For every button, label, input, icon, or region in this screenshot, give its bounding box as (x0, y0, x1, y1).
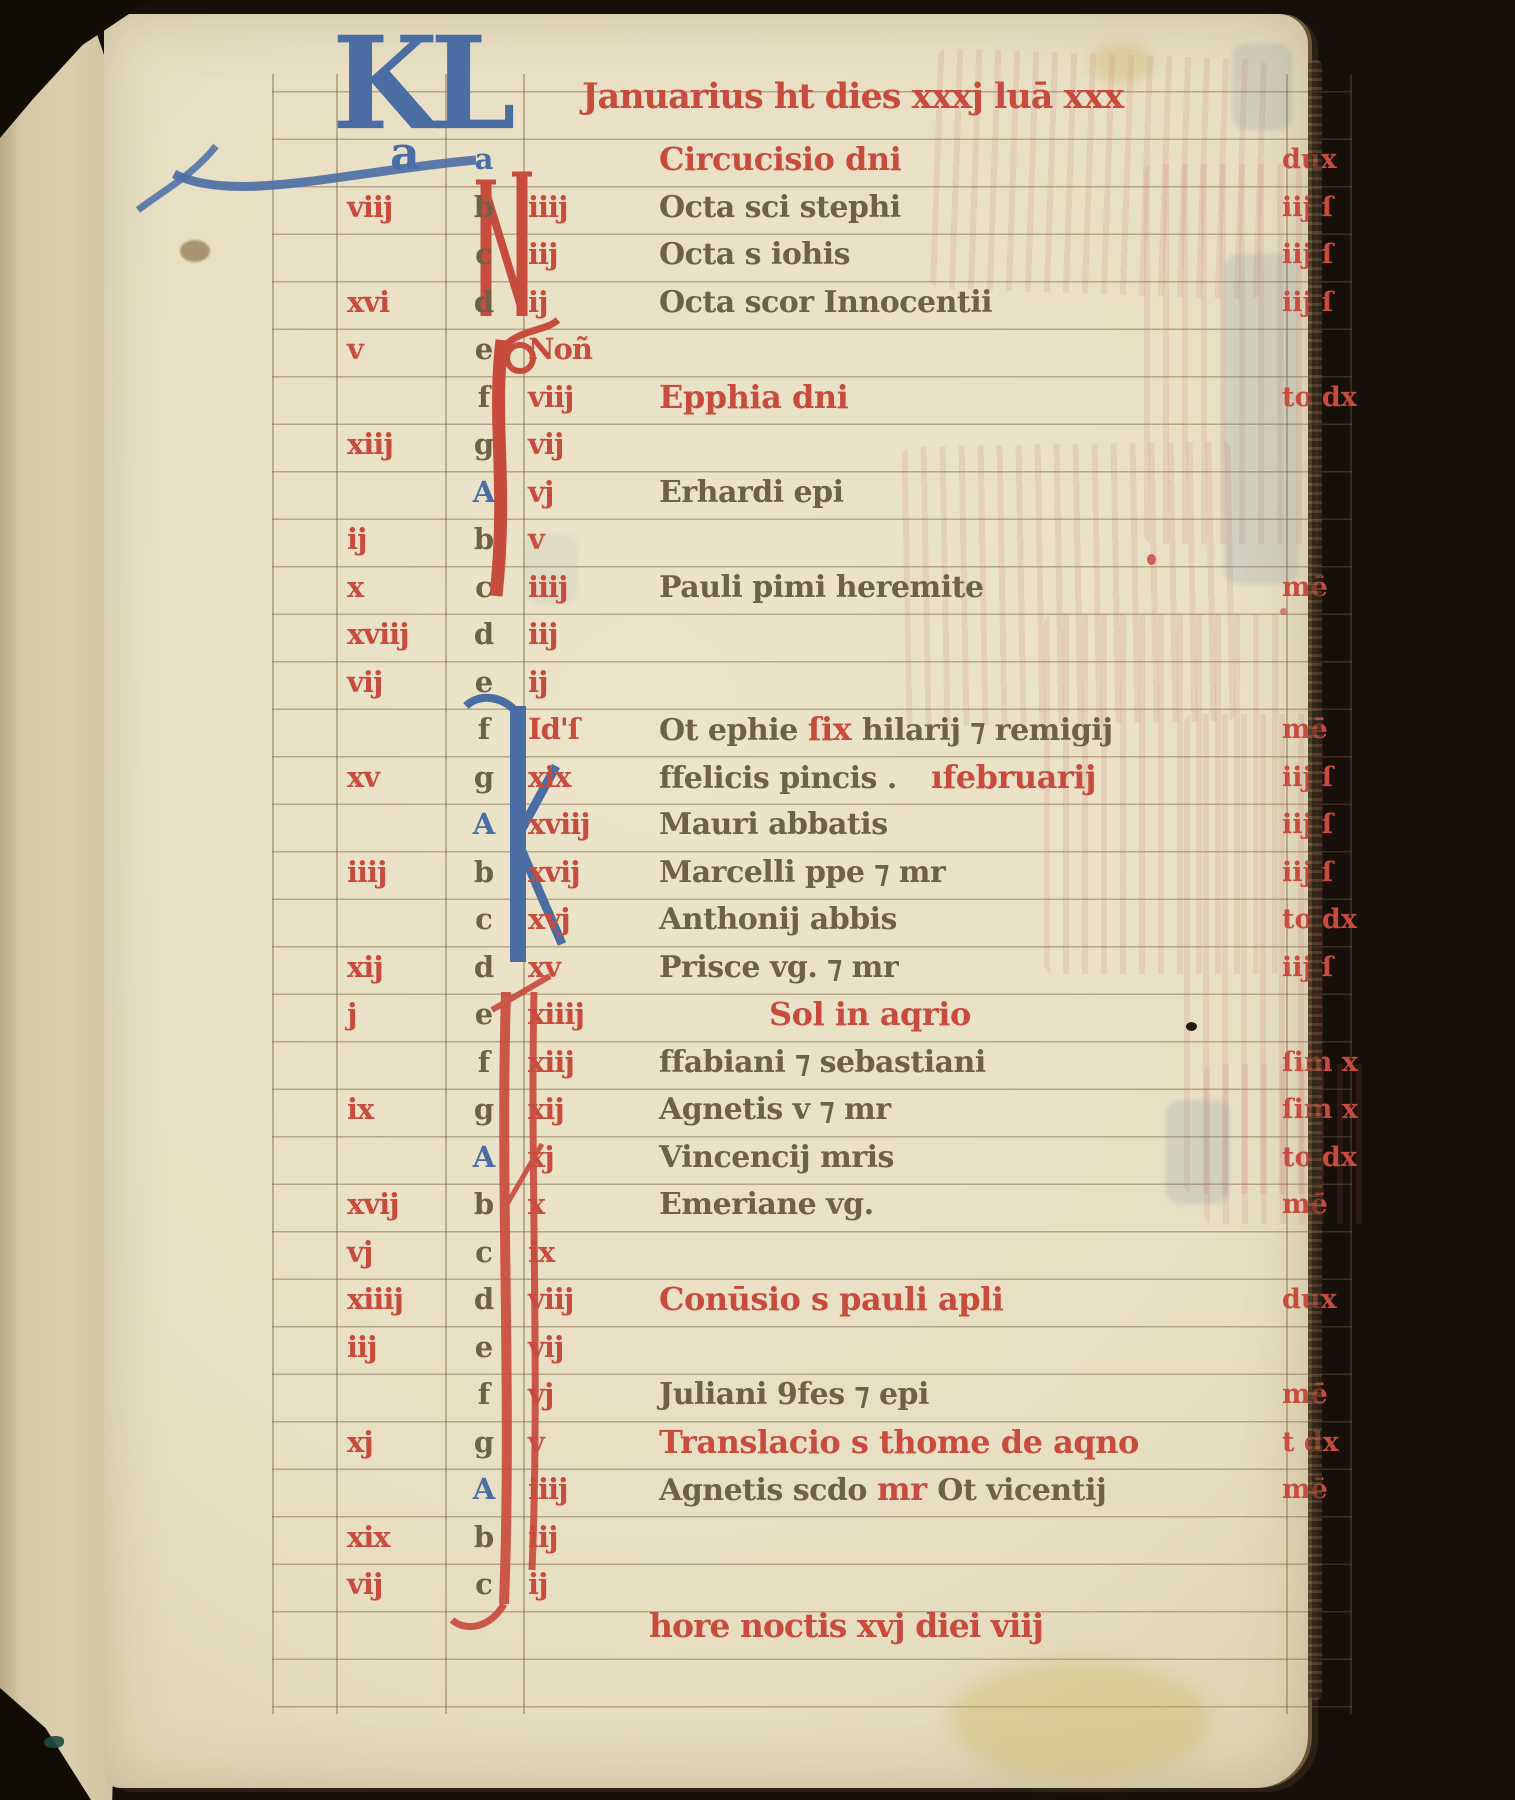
calendar-row: c xvj Anthonij abbis to dx (104, 896, 1404, 943)
roman-day-count: xiij (528, 1039, 624, 1086)
dominical-letter: A (456, 469, 512, 516)
feast-entry: Ot ephie ſix hilarij ⁊ remigij (659, 706, 1349, 754)
roman-day-count: Id'ſ (528, 706, 624, 753)
calendar-row: xiij g vij (104, 421, 1404, 468)
roman-day-count: x (528, 1181, 624, 1228)
roman-day-count: viij (528, 1276, 624, 1323)
feast-text: ıfebruarij (931, 758, 1096, 796)
grade-mark: iij ſ (1282, 801, 1422, 848)
feast-text: Octa s iohis (659, 237, 850, 272)
dominical-letter: e (456, 326, 512, 373)
feast-text: Anthonij abbis (659, 902, 897, 937)
grade-mark: ſim x (1282, 1039, 1422, 1086)
dominical-letter: b (456, 184, 512, 231)
dominical-letter: b (456, 1181, 512, 1228)
feast-text: Circucisio dni (659, 140, 901, 178)
dominical-letter: c (456, 896, 512, 943)
calendar-row: iiij b xvij Marcelli ppe ⁊ mr iij ſ (104, 849, 1404, 896)
feast-entry: Juliani 9fes ⁊ epi (659, 1371, 1349, 1418)
roman-day-count: vij (528, 421, 624, 468)
feast-entry: Anthonij abbis (659, 896, 1349, 943)
grade-mark: iij ſ (1282, 279, 1422, 326)
calendar-row: xij d xv Prisce vg. ⁊ mr iij ſ (104, 944, 1404, 991)
golden-number: xix (347, 1514, 443, 1561)
feast-text: hilarij ⁊ remigij (862, 713, 1113, 748)
dominical-letter: d (456, 944, 512, 991)
golden-number: xiiij (347, 1276, 443, 1323)
feast-text: ffelicis pincis . (659, 761, 897, 796)
grade-mark: t dx (1282, 1419, 1422, 1466)
hours-note: hore noctis xvj diei viij (649, 1606, 1043, 1645)
golden-number: xviij (347, 611, 443, 658)
grade-mark: mē (1282, 564, 1422, 611)
golden-number: xvij (347, 1181, 443, 1228)
roman-day-count: viij (528, 374, 624, 421)
binding-speck (44, 1736, 64, 1748)
dominical-letter: f (456, 1371, 512, 1418)
manuscript-page: KL a Januarius ht dies xxxj luā xxx (104, 14, 1308, 1788)
golden-number: xij (347, 944, 443, 991)
dominical-letter: f (456, 1039, 512, 1086)
grade-mark: ſim x (1282, 1086, 1422, 1133)
roman-day-count: iiij (528, 1466, 624, 1513)
feast-entry: Agnetis v ⁊ mr (659, 1086, 1349, 1133)
roman-day-count: iij (528, 231, 624, 278)
roman-day-count: ij (528, 279, 624, 326)
roman-day-count: xviij (528, 801, 624, 848)
roman-day-count: iij (528, 1514, 624, 1561)
calendar-row: xviij d iij (104, 611, 1404, 658)
golden-number: viij (347, 184, 443, 231)
golden-number: iiij (347, 849, 443, 896)
feast-entry: ffabiani ⁊ sebastiani (659, 1039, 1349, 1086)
dominical-letter: b (456, 516, 512, 563)
golden-number: ix (347, 1086, 443, 1133)
grade-mark: mē (1282, 1466, 1422, 1513)
roman-day-count: ij (528, 1561, 624, 1608)
golden-number: xvi (347, 279, 443, 326)
feast-entry: Erhardi epi (659, 469, 1349, 516)
golden-number: iij (347, 1324, 443, 1371)
feast-text: ſix (808, 710, 862, 748)
feast-text: Agnetis scdo (659, 1473, 877, 1508)
roman-day-count: xij (528, 1086, 624, 1133)
feast-entry: Agnetis scdo mr Ot vicentij (659, 1466, 1349, 1514)
feast-entry: Prisce vg. ⁊ mr (659, 944, 1349, 991)
golden-number: j (347, 991, 443, 1038)
dominical-letter: d (456, 1276, 512, 1323)
grade-mark: mē (1282, 1371, 1422, 1418)
roman-day-count: vj (528, 1371, 624, 1418)
feast-entry: Mauri abbatis (659, 801, 1349, 848)
calendar-row: A xviij Mauri abbatis iij ſ (104, 801, 1404, 848)
calendar-row: A iiij Agnetis scdo mr Ot vicentij mē (104, 1466, 1404, 1513)
roman-day-count: xvj (528, 896, 624, 943)
calendar-row: ix g xij Agnetis v ⁊ mr ſim x (104, 1086, 1404, 1133)
calendar-row: xvi d ij Octa scor Innocentii iij ſ (104, 279, 1404, 326)
grade-mark: mē (1282, 706, 1422, 753)
roman-day-count: ij (528, 659, 624, 706)
golden-number: x (347, 564, 443, 611)
calendar-row: f viij Epphia dni to dx (104, 374, 1404, 421)
calendar-row: viij b iiij Octa sci stephi iij ſ (104, 184, 1404, 231)
grade-mark: iij ſ (1282, 184, 1422, 231)
feast-text: Prisce vg. ⁊ mr (659, 950, 898, 985)
dominical-letter: g (456, 1086, 512, 1133)
feast-text: Octa sci stephi (659, 190, 901, 225)
feast-text: Agnetis v ⁊ mr (659, 1092, 891, 1127)
feast-entry: Epphia dni (659, 374, 1349, 422)
dominical-letter: e (456, 1324, 512, 1371)
dominical-letter: f (456, 374, 512, 421)
grade-mark: mē (1282, 1181, 1422, 1228)
month-title: Januarius ht dies xxxj luā xxx (582, 76, 1342, 117)
calendar-row: v e Noñ (104, 326, 1404, 373)
grade-mark: to dx (1282, 1134, 1422, 1181)
dominical-letter: c (456, 231, 512, 278)
calendar-row: j e xiiij Sol in aqrio (104, 991, 1404, 1038)
calendar-row: xix b iij (104, 1514, 1404, 1561)
roman-day-count: xv (528, 944, 624, 991)
calendar-row: xvij b x Emeriane vg. mē (104, 1181, 1404, 1228)
dominical-letter: g (456, 1419, 512, 1466)
roman-day-count: vj (528, 469, 624, 516)
parchment-stain (950, 1660, 1210, 1780)
dominical-letter: A (456, 1466, 512, 1513)
feast-text: Ot vicentij (937, 1473, 1106, 1508)
golden-number: v (347, 326, 443, 373)
calendar-row: x c iiij Pauli pimi heremite mē (104, 564, 1404, 611)
dominical-letter: e (456, 991, 512, 1038)
calendar-row: ij b v (104, 516, 1404, 563)
feast-entry: Sol in aqrio (659, 991, 1349, 1039)
golden-number: vij (347, 659, 443, 706)
roman-day-count: v (528, 516, 624, 563)
kl-monogram: KL (332, 19, 508, 147)
feast-entry: Marcelli ppe ⁊ mr (659, 849, 1349, 896)
golden-number: ij (347, 516, 443, 563)
calendar-row: vj c ix (104, 1229, 1404, 1276)
grade-mark: iij ſ (1282, 944, 1422, 991)
calendar-row: A xj Vincencij mris to dx (104, 1134, 1404, 1181)
dominical-letter: A (456, 801, 512, 848)
feast-text: Mauri abbatis (659, 807, 888, 842)
roman-day-count: v (528, 1419, 624, 1466)
feast-entry: Emeriane vg. (659, 1181, 1349, 1228)
grade-mark: to dx (1282, 374, 1422, 421)
grade-mark: dux (1282, 1276, 1422, 1323)
roman-day-count: Noñ (528, 326, 624, 373)
calendar-row: vij e ij (104, 659, 1404, 706)
feast-text: Sol in aqrio (769, 995, 971, 1033)
grade-mark: to dx (1282, 896, 1422, 943)
feast-text: Erhardi epi (659, 475, 844, 510)
golden-number: xv (347, 754, 443, 801)
calendar-row: f vj Juliani 9fes ⁊ epi mē (104, 1371, 1404, 1418)
dominical-letter: a (456, 136, 512, 183)
golden-number: vij (347, 1561, 443, 1608)
feast-text: Epphia dni (659, 378, 848, 416)
roman-day-count: xj (528, 1134, 624, 1181)
roman-day-count: iiij (528, 184, 624, 231)
calendar-row: f xiij ffabiani ⁊ sebastiani ſim x (104, 1039, 1404, 1086)
feast-text: Emeriane vg. (659, 1187, 874, 1222)
dominical-letter: b (456, 1514, 512, 1561)
calendar-row: xiiij d viij Conūsio s pauli apli dux (104, 1276, 1404, 1323)
feast-text: mr (877, 1470, 937, 1508)
calendar-row: c iij Octa s iohis iij ſ (104, 231, 1404, 278)
feast-text: Vincencij mris (659, 1140, 894, 1175)
roman-day-count: iiij (528, 564, 624, 611)
feast-entry: Translacio s thome de aqno (659, 1419, 1349, 1467)
roman-day-count: xiiij (528, 991, 624, 1038)
roman-day-count: xix (528, 754, 624, 801)
feast-entry: Vincencij mris (659, 1134, 1349, 1181)
calendar-row: xj g v Translacio s thome de aqno t dx (104, 1419, 1404, 1466)
grade-mark: iij ſ (1282, 849, 1422, 896)
feast-text: Octa scor Innocentii (659, 285, 992, 320)
dominical-letter: c (456, 1229, 512, 1276)
roman-day-count: iij (528, 611, 624, 658)
feast-text: Juliani 9fes ⁊ epi (659, 1377, 929, 1412)
roman-day-count: vij (528, 1324, 624, 1371)
grade-mark: dux (1282, 136, 1422, 183)
calendar-row: xv g xix ffelicis pincis .ıfebruarij iij… (104, 754, 1404, 801)
dominical-letter: g (456, 421, 512, 468)
feast-entry: Pauli pimi heremite (659, 564, 1349, 611)
dominical-letter: b (456, 849, 512, 896)
dominical-letter: A (456, 1134, 512, 1181)
dominical-letter: d (456, 611, 512, 658)
dominical-letter: g (456, 754, 512, 801)
dominical-letter: c (456, 1561, 512, 1608)
dominical-letter: c (456, 564, 512, 611)
dominical-letter: e (456, 659, 512, 706)
grade-mark: iij ſ (1282, 754, 1422, 801)
feast-entry: Octa scor Innocentii (659, 279, 1349, 326)
calendar-row: a Circucisio dni dux (104, 136, 1404, 183)
calendar-row: A vj Erhardi epi (104, 469, 1404, 516)
calendar-row: iij e vij (104, 1324, 1404, 1371)
golden-number: xiij (347, 421, 443, 468)
calendar-row: f Id'ſ Ot ephie ſix hilarij ⁊ remigij mē (104, 706, 1404, 753)
grade-mark: iij ſ (1282, 231, 1422, 278)
roman-day-count: xvij (528, 849, 624, 896)
feast-entry: ffelicis pincis .ıfebruarij (659, 754, 1349, 802)
calendar-row: vij c ij (104, 1561, 1404, 1608)
page-stack-edge (1308, 60, 1322, 1700)
golden-number: xj (347, 1419, 443, 1466)
feast-text: Conūsio s pauli apli (659, 1280, 1003, 1318)
feast-text: Ot ephie (659, 713, 808, 748)
dominical-letter: f (456, 706, 512, 753)
feast-entry: Octa s iohis (659, 231, 1349, 278)
feast-entry: Circucisio dni (659, 136, 1349, 184)
feast-text: Pauli pimi heremite (659, 570, 984, 605)
feast-text: Marcelli ppe ⁊ mr (659, 855, 945, 890)
golden-number: vj (347, 1229, 443, 1276)
feast-text: ffabiani ⁊ sebastiani (659, 1045, 986, 1080)
feast-entry: Octa sci stephi (659, 184, 1349, 231)
feast-entry: Conūsio s pauli apli (659, 1276, 1349, 1324)
roman-day-count: ix (528, 1229, 624, 1276)
dominical-letter: d (456, 279, 512, 326)
feast-text: Translacio s thome de aqno (659, 1423, 1139, 1461)
